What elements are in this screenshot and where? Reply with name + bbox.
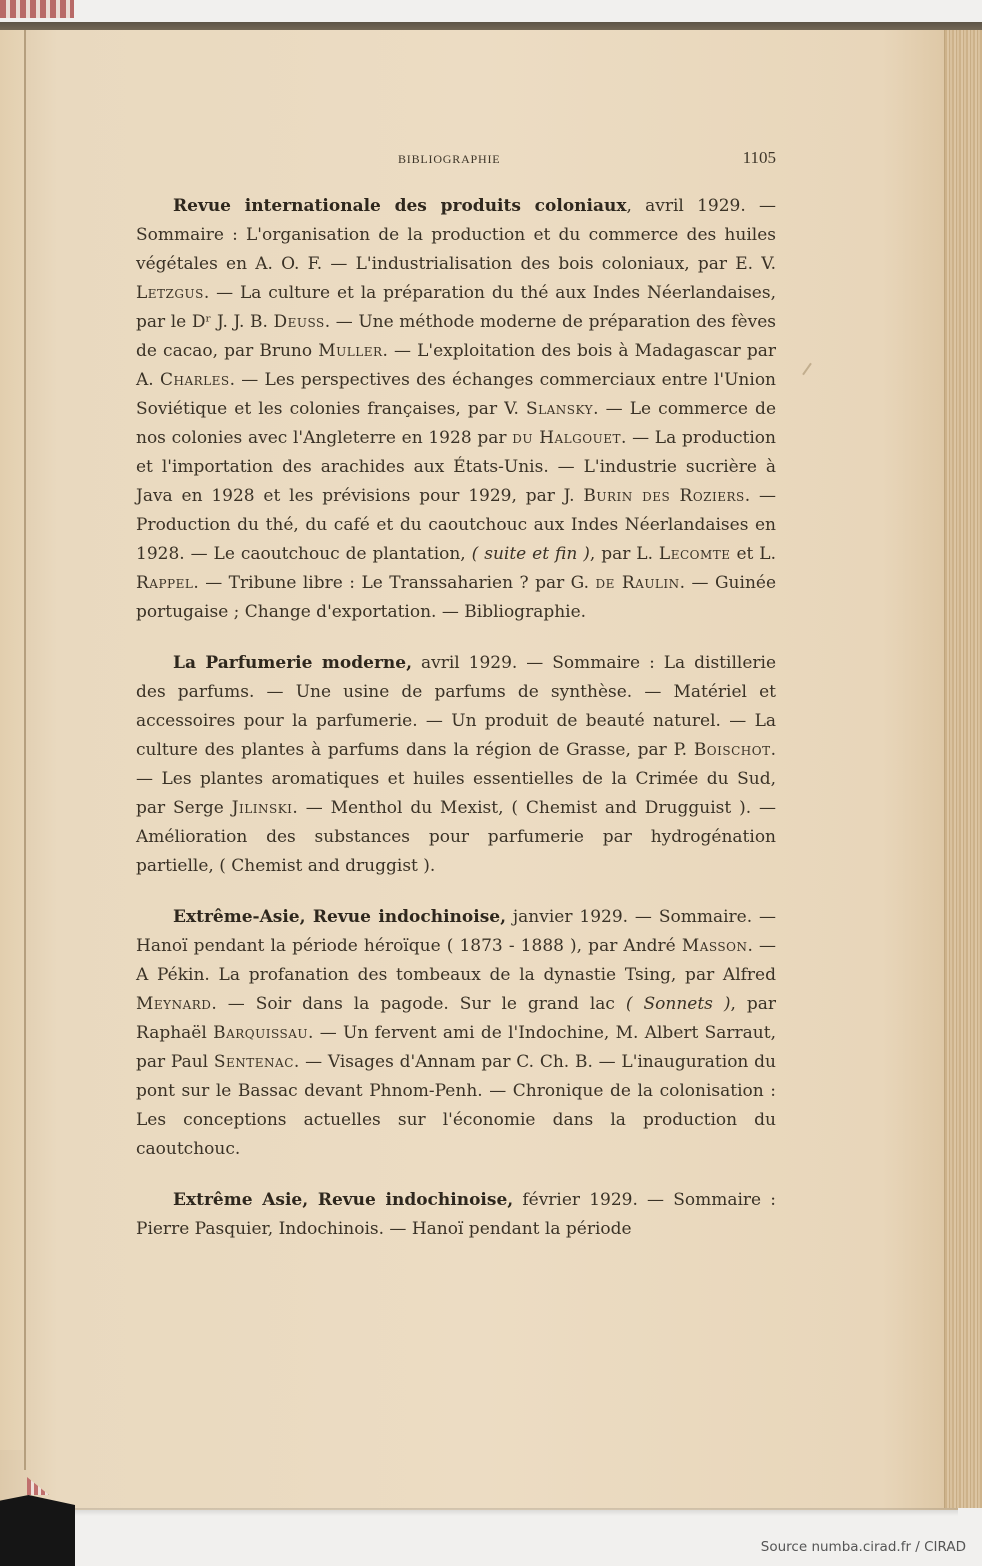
author-name: Muller [318,341,382,361]
author-name: Letzgus [136,283,204,303]
running-title: BIBLIOGRAPHIE [398,152,500,167]
author-name: du Halgouet [512,428,621,448]
bibliography-entry: Extrême Asie, Revue indochinoise, févrie… [136,1186,776,1244]
author-name: Jilinski [232,798,293,818]
summary-text: . — Tribune libre : Le Transsaharien ? p… [193,573,595,593]
book-cover-corner [0,1495,75,1566]
summary-text: et L. [731,544,776,564]
entry-date: février 1929. — [513,1190,664,1210]
author-name: Sentenac [214,1052,294,1072]
bibliography-entry: Extrême-Asie, Revue indochinoise, janvie… [136,903,776,1164]
italic-note: ( Sonnets ) [626,994,731,1014]
author-name: Lecomte [659,544,731,564]
summary-text: . — Soir dans la pagode. Sur le grand la… [211,994,625,1014]
page-gutter [0,30,24,1450]
summary-text: Sommaire : L'organisation de la producti… [136,225,776,274]
author-name: Masson [682,936,748,956]
entry-title: La Parfumerie moderne, [173,653,412,673]
page-stack-edge [944,30,982,1508]
bibliography-entry: La Parfumerie moderne, avril 1929. — Som… [136,649,776,881]
italic-note: ( suite et fin ) [472,544,590,564]
author-name: Barquissau [213,1023,308,1043]
entry-title: Revue internationale des produits coloni… [173,196,627,216]
binding-crease [24,30,26,1470]
entry-date: avril 1929. — [412,653,543,673]
entry-date: janvier 1929. — [506,907,652,927]
entry-summary: Sommaire : La distillerie des parfums. —… [136,653,776,876]
entry-summary: Sommaire : L'organisation de la producti… [136,225,776,622]
running-head: BIBLIOGRAPHIE 1105 [136,148,776,170]
book-headband [0,0,74,18]
entry-title: Extrême Asie, Revue indochinoise, [173,1190,513,1210]
author-name: Slansky [526,399,593,419]
source-credit: Source numba.cirad.fr / CIRAD [761,1539,966,1555]
bibliography-entry: Revue internationale des produits coloni… [136,192,776,627]
entry-summary: Sommaire. — Hanoï pendant la période hér… [136,907,776,1159]
summary-text: , par L. [590,544,659,564]
author-name: Boischot [694,740,771,760]
author-name: Meynard [136,994,211,1014]
author-name: Deuss [273,312,324,332]
author-name: Burin des Roziers [583,486,744,506]
page-number: 1105 [743,148,776,168]
entry-date: , avril 1929. — [627,196,777,216]
bibliography-body: Revue internationale des produits coloni… [136,192,776,1266]
author-name: Rappel [136,573,193,593]
author-name: Charles [160,370,230,390]
author-name: de Raulin [596,573,680,593]
entry-title: Extrême-Asie, Revue indochinoise, [173,907,506,927]
